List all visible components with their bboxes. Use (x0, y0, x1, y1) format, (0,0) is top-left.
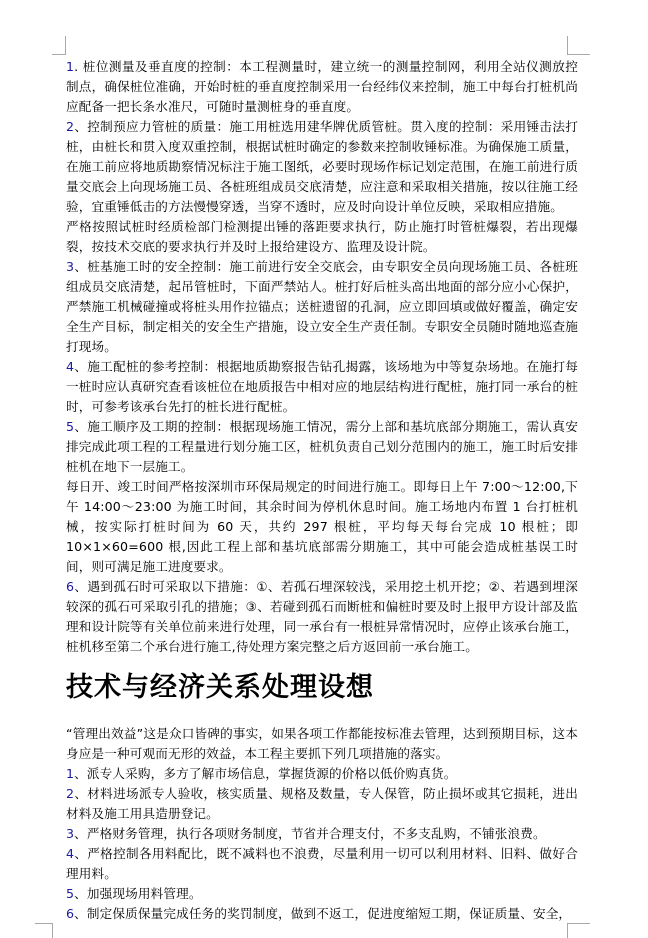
paragraph-boulder-measures: 6、遇到孤石时可采取以下措施：①、若孤石埋深较浅，采用挖土机开挖；②、若遇到埋深… (66, 577, 578, 657)
paragraph-text: 、加强现场用料管理。 (74, 886, 201, 901)
item-number: 4 (66, 359, 74, 374)
item-number: 2 (66, 119, 74, 134)
item-number: 2 (66, 786, 74, 801)
paragraph-text: 、施工配桩的参考控制：根据地质勘察报告钻孔揭露，该场地为中等复杂场地。在施打每一… (66, 359, 578, 414)
paragraph-text: “管理出效益”这是众口皆碑的事实，如果各项工作都能按标准去管理，达到预期目标，这… (66, 726, 578, 761)
list-item-site-materials: 5、加强现场用料管理。 (66, 884, 578, 904)
item-number: 3 (66, 259, 74, 274)
paragraph-text: 、制定保质保量完成任务的奖罚制度，做到不返工，促进度缩短工期，保证质量、安全， (74, 906, 571, 921)
list-item-material-inspection: 2、材料进场派专人验收，核实质量、规格及数量，专人保管，防止损坏或其它损耗，进出… (66, 784, 578, 824)
paragraph-text: 、施工顺序及工期的控制：根据现场施工情况，需分上部和基坑底部分期施工，需认真安排… (66, 419, 578, 474)
item-number: 1 (66, 766, 74, 781)
crop-mark-top-left (52, 36, 66, 55)
document-page: 1. 桩位测量及垂直度的控制：本工程测量时，建立统一的测量控制网，利用全站仪测放… (0, 0, 648, 938)
item-number: 1 (66, 59, 74, 74)
paragraph-text: . 桩位测量及垂直度的控制：本工程测量时，建立统一的测量控制网，利用全站仪测放控… (66, 59, 578, 114)
crop-mark-top-right (567, 36, 590, 55)
paragraph-intro: “管理出效益”这是众口皆碑的事实，如果各项工作都能按标准去管理，达到预期目标，这… (66, 724, 578, 764)
item-number: 6 (66, 579, 74, 594)
section-tech-economy: “管理出效益”这是众口皆碑的事实，如果各项工作都能按标准去管理，达到预期目标，这… (66, 724, 578, 924)
item-number: 3 (66, 826, 74, 841)
paragraph-text: 、派专人采购，多方了解市场信息，掌握货源的价格以低价购真货。 (74, 766, 456, 781)
crop-mark-bottom-left (35, 923, 53, 938)
paragraph-pile-matching: 4、施工配桩的参考控制：根据地质勘察报告钻孔揭露，该场地为中等复杂场地。在施打每… (66, 357, 578, 417)
item-number: 5 (66, 419, 74, 434)
list-item-finance: 3、严格财务管理，执行各项财务制度，节省并合理支付，不多支乱购，不铺张浪费。 (66, 824, 578, 844)
item-number: 5 (66, 886, 74, 901)
item-number: 4 (66, 846, 74, 861)
paragraph-sequence-schedule: 5、施工顺序及工期的控制：根据现场施工情况，需分上部和基坑底部分期施工，需认真安… (66, 417, 578, 477)
item-number: 6 (66, 906, 74, 921)
paragraph-hammer-drop: 严格按照试桩时经质检部门检测提出锤的落距要求执行，防止施打时管桩爆裂，若出现爆裂… (66, 217, 578, 257)
section-construction-control: 1. 桩位测量及垂直度的控制：本工程测量时，建立统一的测量控制网，利用全站仪测放… (66, 57, 578, 657)
paragraph-text: 、严格财务管理，执行各项财务制度，节省并合理支付，不多支乱购，不铺张浪费。 (74, 826, 546, 841)
paragraph-text: 、桩基施工时的安全控制：施工前进行安全交底会，由专职安全员向现场施工员、各桩班组… (66, 259, 578, 354)
list-item-reward-system: 6、制定保质保量完成任务的奖罚制度，做到不返工，促进度缩短工期，保证质量、安全， (66, 904, 578, 924)
paragraph-safety-control: 3、桩基施工时的安全控制：施工前进行安全交底会，由专职安全员向现场施工员、各桩班… (66, 257, 578, 357)
paragraph-working-hours: 每日开、竣工时间严格按深圳市环保局规定的时间进行施工。即每日上午 7:00～12… (66, 477, 578, 577)
paragraph-text: 、材料进场派专人验收，核实质量、规格及数量，专人保管，防止损坏或其它损耗，进出材… (66, 786, 578, 821)
crop-mark-bottom-right (567, 923, 590, 938)
list-item-mix-ratio: 4、严格控制各用料配比，既不减料也不浪费，尽量利用一切可以利用材料、旧料、做好合… (66, 844, 578, 884)
paragraph-pile-position-survey: 1. 桩位测量及垂直度的控制：本工程测量时，建立统一的测量控制网，利用全站仪测放… (66, 57, 578, 117)
paragraph-text: 每日开、竣工时间严格按深圳市环保局规定的时间进行施工。即每日上午 7:00～12… (66, 479, 578, 574)
paragraph-pile-quality: 2、控制预应力管桩的质量：施工用桩选用建华牌优质管桩。贯入度的控制：采用锤击法打… (66, 117, 578, 217)
paragraph-text: 、严格控制各用料配比，既不减料也不浪费，尽量利用一切可以利用材料、旧料、做好合理… (66, 846, 578, 881)
paragraph-text: 严格按照试桩时经质检部门检测提出锤的落距要求执行，防止施打时管桩爆裂，若出现爆裂… (66, 219, 578, 254)
paragraph-text: 、遇到孤石时可采取以下措施：①、若孤石埋深较浅，采用挖土机开挖；②、若遇到埋深较… (66, 579, 578, 654)
list-item-procurement: 1、派专人采购，多方了解市场信息，掌握货源的价格以低价购真货。 (66, 764, 578, 784)
section-heading: 技术与经济关系处理设想 (66, 668, 374, 708)
paragraph-text: 、控制预应力管桩的质量：施工用桩选用建华牌优质管桩。贯入度的控制：采用锤击法打桩… (66, 119, 578, 214)
